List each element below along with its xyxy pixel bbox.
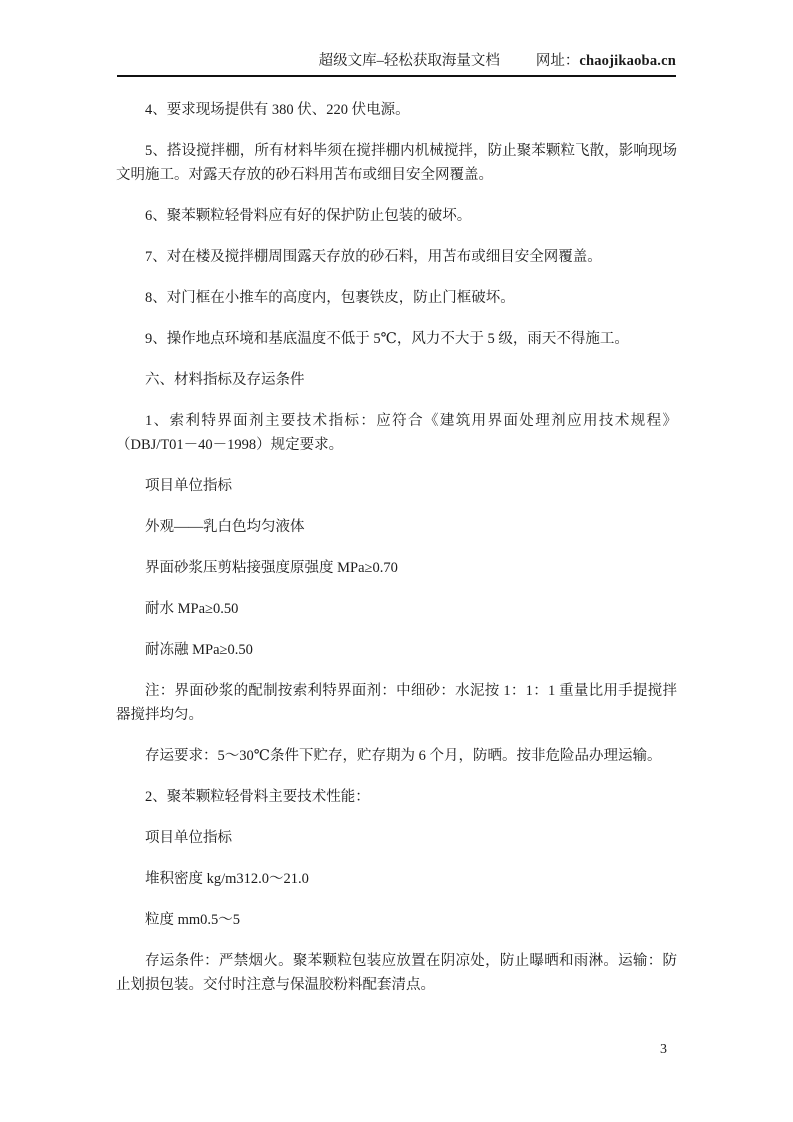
header-site-name: 超级文库–轻松获取海量文档 — [319, 53, 500, 69]
paragraph: 2、聚苯颗粒轻骨料主要技术性能： — [116, 785, 677, 809]
paragraph: 外观——乳白色均匀液体 — [116, 515, 677, 539]
header-url-prefix: 网址： — [536, 53, 580, 69]
page-footer: 3 — [660, 1042, 667, 1058]
paragraph: 堆积密度 kg/m312.0～21.0 — [116, 867, 677, 891]
paragraph: 存运要求：5～30℃条件下贮存，贮存期为 6 个月，防晒。按非危险品办理运输。 — [116, 744, 677, 768]
paragraph: 存运条件：严禁烟火。聚苯颗粒包装应放置在阴凉处，防止曝晒和雨淋。运输：防止划损包… — [116, 949, 677, 997]
paragraph: 粒度 mm0.5～5 — [116, 908, 677, 932]
paragraph: 5、搭设搅拌棚，所有材料毕须在搅拌棚内机械搅拌，防止聚苯颗粒飞散，影响现场文明施… — [116, 139, 677, 187]
paragraph: 耐水 MPa≥0.50 — [116, 597, 677, 621]
paragraph: 注：界面砂浆的配制按索利特界面剂：中细砂：水泥按 1：1：1 重量比用手提搅拌器… — [116, 679, 677, 727]
paragraph: 6、聚苯颗粒轻骨料应有好的保护防止包装的破坏。 — [116, 204, 677, 228]
paragraph: 1、索利特界面剂主要技术指标：应符合《建筑用界面处理剂应用技术规程》（DBJ/T… — [116, 409, 677, 457]
header-url: chaojikaoba.cn — [579, 53, 676, 69]
paragraph: 耐冻融 MPa≥0.50 — [116, 638, 677, 662]
paragraph: 六、材料指标及存运条件 — [116, 368, 677, 392]
paragraph: 4、要求现场提供有 380 伏、220 伏电源。 — [116, 98, 677, 122]
paragraph: 项目单位指标 — [116, 474, 677, 498]
paragraph: 项目单位指标 — [116, 826, 677, 850]
page-number: 3 — [660, 1042, 667, 1057]
paragraph: 7、对在楼及搅拌棚周围露天存放的砂石料，用苫布或细目安全网覆盖。 — [116, 245, 677, 269]
paragraph: 8、对门框在小推车的高度内，包裹铁皮，防止门框破坏。 — [116, 286, 677, 310]
document-body: 4、要求现场提供有 380 伏、220 伏电源。5、搭设搅拌棚，所有材料毕须在搅… — [116, 98, 677, 1014]
page-header: 超级文库–轻松获取海量文档网址：chaojikaoba.cn — [117, 52, 676, 77]
paragraph: 界面砂浆压剪粘接强度原强度 MPa≥0.70 — [116, 556, 677, 580]
document-page: 超级文库–轻松获取海量文档网址：chaojikaoba.cn 4、要求现场提供有… — [0, 0, 793, 1122]
paragraph: 9、操作地点环境和基底温度不低于 5℃，风力不大于 5 级，雨天不得施工。 — [116, 327, 677, 351]
